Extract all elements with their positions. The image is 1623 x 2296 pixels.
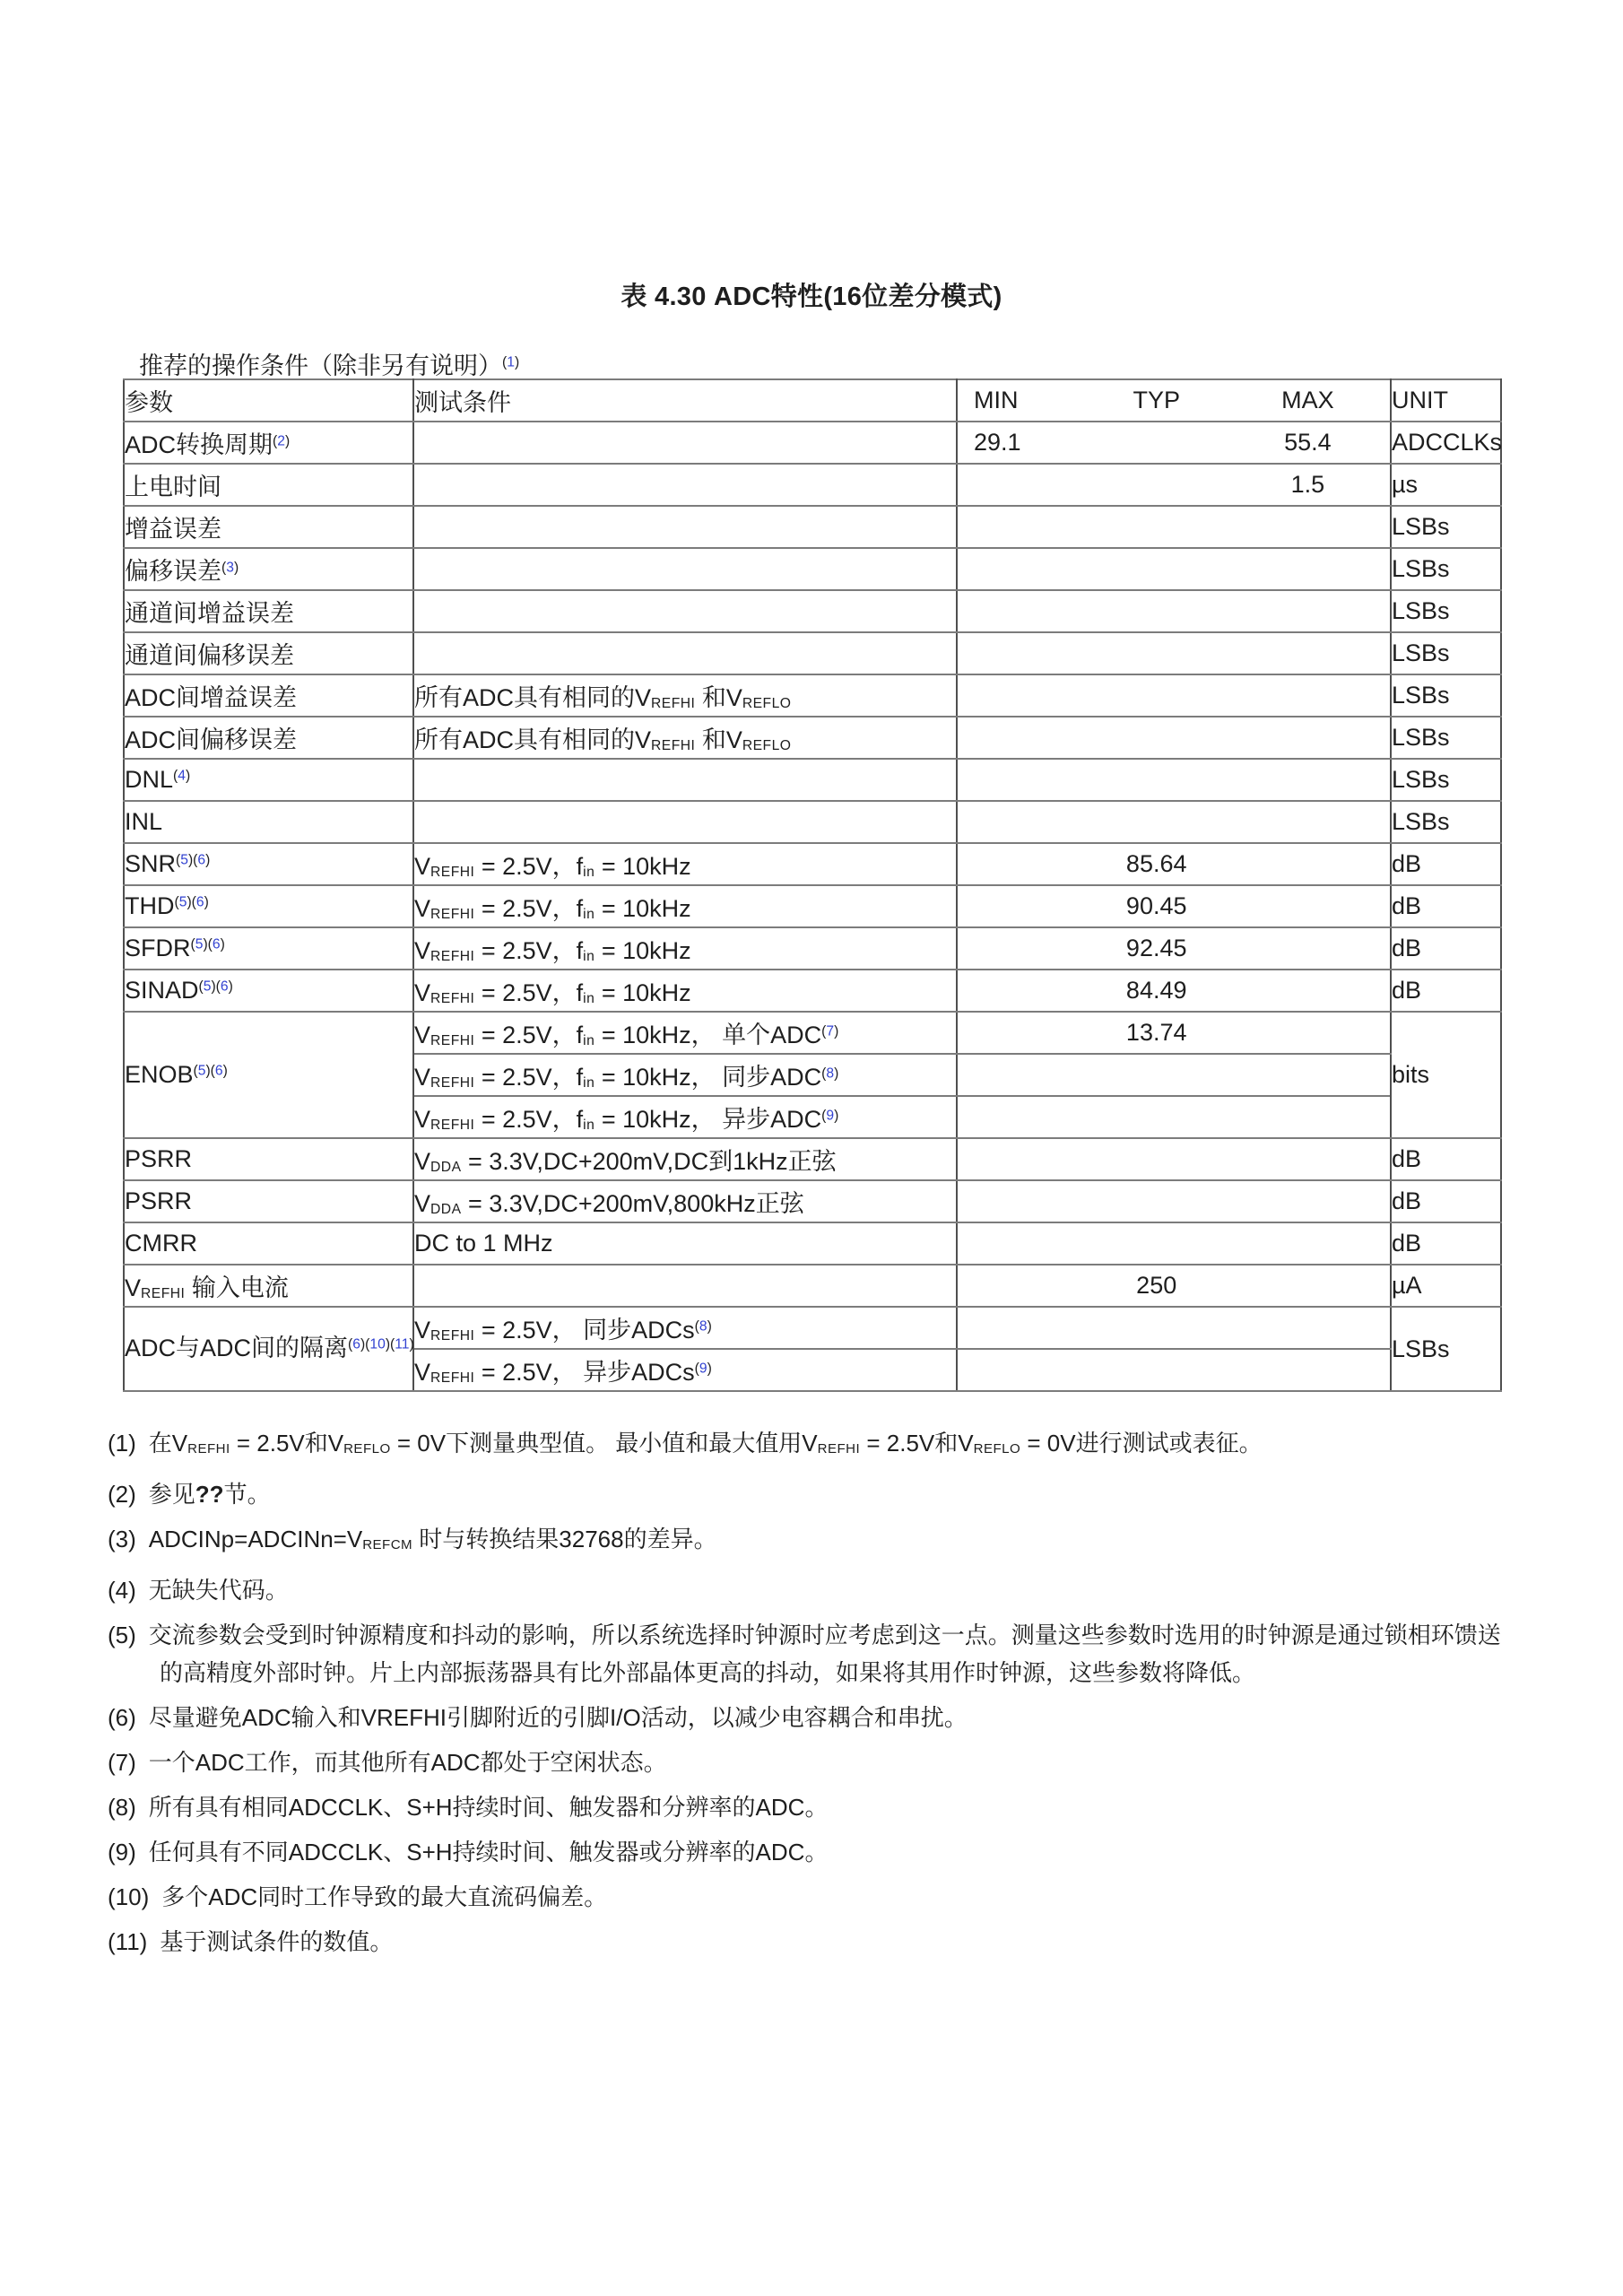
min-value: 29.1 bbox=[958, 429, 1053, 457]
footnote-text: 所有具有相同ADCCLK、S+H持续时间、触发器和分辨率的ADC。 bbox=[149, 1794, 829, 1821]
footnote-marker: (4) bbox=[108, 1577, 136, 1604]
max-value: 1.5 bbox=[1260, 471, 1355, 499]
footnote-item: (3)ADCINp=ADCINn=VREFCM 时与转换结果32768的差异。 bbox=[108, 1520, 1523, 1564]
unit-cell: dB bbox=[1391, 970, 1501, 1012]
condition-cell: VREFHI = 2.5V， 异步ADCs(9) bbox=[413, 1349, 957, 1391]
stat-cell bbox=[957, 1096, 1391, 1138]
footnote-marker: (11) bbox=[108, 1928, 147, 1955]
footnote-item: (6)尽量避免ADC输入和VREFHI引脚附近的引脚I/O活动，以减少电容耦合和… bbox=[108, 1699, 1523, 1736]
condition-cell bbox=[413, 590, 957, 632]
param-cell: CMRR bbox=[124, 1222, 413, 1265]
footnote-text: 无缺失代码。 bbox=[149, 1577, 289, 1604]
footnote-item: (7)一个ADC工作，而其他所有ADC都处于空闲状态。 bbox=[108, 1744, 1523, 1781]
condition-cell bbox=[413, 464, 957, 506]
table-row: INL LSBs bbox=[124, 801, 1501, 843]
table-row: PSRR VDDA = 3.3V,DC+200mV,DC到1kHz正弦 dB bbox=[124, 1138, 1501, 1180]
condition-cell: 所有ADC具有相同的VREFHI 和VREFLO bbox=[413, 717, 957, 759]
param-cell: DNL(4) bbox=[124, 759, 413, 801]
condition-cell: 所有ADC具有相同的VREFHI 和VREFLO bbox=[413, 674, 957, 717]
footnote-marker: (10) bbox=[108, 1883, 149, 1910]
footnote-text: 在VREFHI = 2.5V和VREFLO = 0V下测量典型值。 最小值和最大… bbox=[149, 1430, 1263, 1457]
footnote-item: (5)交流参数会受到时钟源精度和抖动的影响，所以系统选择时钟源时应考虑到这一点。… bbox=[108, 1616, 1523, 1692]
header-stats: MIN TYP MAX bbox=[957, 379, 1391, 422]
stat-cell: 250 bbox=[957, 1265, 1391, 1307]
footnote-marker: (9) bbox=[108, 1839, 136, 1865]
unit-cell: µA bbox=[1391, 1265, 1501, 1307]
stat-cell bbox=[957, 717, 1391, 759]
condition-cell: VREFHI = 2.5V， 同步ADCs(8) bbox=[413, 1307, 957, 1349]
stat-cell bbox=[957, 632, 1391, 674]
table-row: SFDR(5)(6) VREFHI = 2.5V，fin = 10kHz 92.… bbox=[124, 927, 1501, 970]
condition-cell: VDDA = 3.3V,DC+200mV,DC到1kHz正弦 bbox=[413, 1138, 957, 1180]
condition-cell bbox=[413, 422, 957, 464]
footnote-item: (10)多个ADC同时工作导致的最大直流码偏差。 bbox=[108, 1878, 1523, 1916]
footnote-marker: (5) bbox=[108, 1622, 136, 1648]
stat-cell bbox=[957, 590, 1391, 632]
condition-cell: VREFHI = 2.5V，fin = 10kHz bbox=[413, 927, 957, 970]
stat-cell: 13.74 bbox=[957, 1012, 1391, 1054]
param-cell: ADC转换周期(2) bbox=[124, 422, 413, 464]
param-cell: SNR(5)(6) bbox=[124, 843, 413, 885]
param-cell: SFDR(5)(6) bbox=[124, 927, 413, 970]
table-row: 通道间偏移误差 LSBs bbox=[124, 632, 1501, 674]
condition-cell: VREFHI = 2.5V，fin = 10kHz bbox=[413, 970, 957, 1012]
footnote-item: (4)无缺失代码。 bbox=[108, 1571, 1523, 1609]
typ-value: 250 bbox=[1053, 1272, 1260, 1300]
unit-cell: LSBs bbox=[1391, 674, 1501, 717]
stat-cell bbox=[957, 759, 1391, 801]
table-row: 增益误差 LSBs bbox=[124, 506, 1501, 548]
unit-cell: LSBs bbox=[1391, 548, 1501, 590]
footnote-marker: (8) bbox=[108, 1794, 136, 1821]
table-row: ADC与ADC间的隔离(6)(10)(11) VREFHI = 2.5V， 同步… bbox=[124, 1307, 1501, 1349]
unit-cell: LSBs bbox=[1391, 801, 1501, 843]
condition-cell: DC to 1 MHz bbox=[413, 1222, 957, 1265]
condition-cell bbox=[413, 632, 957, 674]
unit-cell: LSBs bbox=[1391, 590, 1501, 632]
param-cell: 通道间偏移误差 bbox=[124, 632, 413, 674]
unit-cell: µs bbox=[1391, 464, 1501, 506]
condition-cell: VREFHI = 2.5V，fin = 10kHz， 单个ADC(7) bbox=[413, 1012, 957, 1054]
header-min: MIN bbox=[958, 387, 1053, 414]
condition-cell: VREFHI = 2.5V，fin = 10kHz， 异步ADC(9) bbox=[413, 1096, 957, 1138]
table-row: ENOB(5)(6) VREFHI = 2.5V，fin = 10kHz， 单个… bbox=[124, 1012, 1501, 1054]
header-typ: TYP bbox=[1053, 387, 1260, 414]
condition-cell: VDDA = 3.3V,DC+200mV,800kHz正弦 bbox=[413, 1180, 957, 1222]
header-max: MAX bbox=[1260, 387, 1355, 414]
stat-cell: 92.45 bbox=[957, 927, 1391, 970]
param-cell: ENOB(5)(6) bbox=[124, 1012, 413, 1138]
unit-cell: dB bbox=[1391, 843, 1501, 885]
intro-note: 推荐的操作条件（除非另有说明）(1) bbox=[139, 346, 519, 381]
datasheet-page: 表 4.30 ADC特性(16位差分模式) 推荐的操作条件（除非另有说明）(1)… bbox=[0, 0, 1623, 2296]
stat-cell bbox=[957, 674, 1391, 717]
stat-cell bbox=[957, 548, 1391, 590]
unit-cell: dB bbox=[1391, 1180, 1501, 1222]
table-row: 通道间增益误差 LSBs bbox=[124, 590, 1501, 632]
footnote-text: 基于测试条件的数值。 bbox=[160, 1928, 393, 1955]
table-row: ADC间增益误差 所有ADC具有相同的VREFHI 和VREFLO LSBs bbox=[124, 674, 1501, 717]
footnote-list: (1)在VREFHI = 2.5V和VREFLO = 0V下测量典型值。 最小值… bbox=[108, 1424, 1523, 1968]
stat-cell bbox=[957, 1349, 1391, 1391]
stat-cell: 29.1 55.4 bbox=[957, 422, 1391, 464]
typ-value: 90.45 bbox=[1053, 892, 1260, 920]
footnote-marker: (2) bbox=[108, 1481, 136, 1508]
footnote-item: (9)任何具有不同ADCCLK、S+H持续时间、触发器或分辨率的ADC。 bbox=[108, 1833, 1523, 1871]
unit-cell: LSBs bbox=[1391, 759, 1501, 801]
footnote-marker: (7) bbox=[108, 1749, 136, 1776]
footnote-item: (11)基于测试条件的数值。 bbox=[108, 1923, 1523, 1961]
unit-cell: ADCCLKs bbox=[1391, 422, 1501, 464]
max-value: 55.4 bbox=[1260, 429, 1355, 457]
stat-cell bbox=[957, 1180, 1391, 1222]
param-cell: SINAD(5)(6) bbox=[124, 970, 413, 1012]
header-unit: UNIT bbox=[1391, 379, 1501, 422]
typ-value: 13.74 bbox=[1053, 1019, 1260, 1047]
table-row: 上电时间 1.5 µs bbox=[124, 464, 1501, 506]
unit-cell: LSBs bbox=[1391, 506, 1501, 548]
condition-cell: VREFHI = 2.5V，fin = 10kHz bbox=[413, 885, 957, 927]
table-row: SINAD(5)(6) VREFHI = 2.5V，fin = 10kHz 84… bbox=[124, 970, 1501, 1012]
stat-cell: 84.49 bbox=[957, 970, 1391, 1012]
param-cell: ADC间偏移误差 bbox=[124, 717, 413, 759]
condition-cell bbox=[413, 548, 957, 590]
unit-cell: dB bbox=[1391, 927, 1501, 970]
stat-cell bbox=[957, 1222, 1391, 1265]
footnote-marker: (3) bbox=[108, 1526, 136, 1552]
param-cell: PSRR bbox=[124, 1180, 413, 1222]
condition-cell bbox=[413, 506, 957, 548]
footnote-text: 任何具有不同ADCCLK、S+H持续时间、触发器或分辨率的ADC。 bbox=[149, 1839, 829, 1865]
stat-cell bbox=[957, 1307, 1391, 1349]
condition-cell bbox=[413, 759, 957, 801]
param-cell: 上电时间 bbox=[124, 464, 413, 506]
stat-cell bbox=[957, 1138, 1391, 1180]
header-param: 参数 bbox=[124, 379, 413, 422]
typ-value: 85.64 bbox=[1053, 850, 1260, 878]
unit-cell: bits bbox=[1391, 1012, 1501, 1138]
condition-cell: VREFHI = 2.5V，fin = 10kHz， 同步ADC(8) bbox=[413, 1054, 957, 1096]
unit-cell: LSBs bbox=[1391, 1307, 1501, 1391]
table-row: ADC转换周期(2) 29.1 55.4 ADCCLKs bbox=[124, 422, 1501, 464]
footnote-text: ADCINp=ADCINn=VREFCM 时与转换结果32768的差异。 bbox=[149, 1526, 717, 1552]
stat-cell bbox=[957, 506, 1391, 548]
unit-cell: dB bbox=[1391, 885, 1501, 927]
table-row: VREFHI 输入电流 250 µA bbox=[124, 1265, 1501, 1307]
param-cell: ADC间增益误差 bbox=[124, 674, 413, 717]
table-row: ADC间偏移误差 所有ADC具有相同的VREFHI 和VREFLO LSBs bbox=[124, 717, 1501, 759]
typ-value: 92.45 bbox=[1053, 935, 1260, 962]
condition-cell bbox=[413, 801, 957, 843]
param-cell: 通道间增益误差 bbox=[124, 590, 413, 632]
footnote-text: 尽量避免ADC输入和VREFHI引脚附近的引脚I/O活动，以减少电容耦合和串扰。 bbox=[149, 1704, 968, 1731]
table-row: CMRR DC to 1 MHz dB bbox=[124, 1222, 1501, 1265]
param-cell: 增益误差 bbox=[124, 506, 413, 548]
stat-cell bbox=[957, 1054, 1391, 1096]
footnote-item: (8)所有具有相同ADCCLK、S+H持续时间、触发器和分辨率的ADC。 bbox=[108, 1788, 1523, 1826]
condition-cell bbox=[413, 1265, 957, 1307]
footnote-marker: (1) bbox=[108, 1430, 136, 1457]
header-condition: 测试条件 bbox=[413, 379, 957, 422]
footnote-item: (1)在VREFHI = 2.5V和VREFLO = 0V下测量典型值。 最小值… bbox=[108, 1424, 1523, 1468]
param-cell: THD(5)(6) bbox=[124, 885, 413, 927]
footnote-item: (2)参见??节。 bbox=[108, 1475, 1523, 1513]
stat-cell: 1.5 bbox=[957, 464, 1391, 506]
param-cell: 偏移误差(3) bbox=[124, 548, 413, 590]
table-row: PSRR VDDA = 3.3V,DC+200mV,800kHz正弦 dB bbox=[124, 1180, 1501, 1222]
footnote-text: 交流参数会受到时钟源精度和抖动的影响，所以系统选择时钟源时应考虑到这一点。测量这… bbox=[149, 1622, 1501, 1686]
table-row: DNL(4) LSBs bbox=[124, 759, 1501, 801]
table-header-row: 参数 测试条件 MIN TYP MAX UNIT bbox=[124, 379, 1501, 422]
adc-characteristics-table: 参数 测试条件 MIN TYP MAX UNIT ADC转换周期(2) 29.1 bbox=[123, 378, 1502, 1392]
stat-cell: 85.64 bbox=[957, 843, 1391, 885]
stat-cell: 90.45 bbox=[957, 885, 1391, 927]
typ-value: 84.49 bbox=[1053, 977, 1260, 1004]
table-row: THD(5)(6) VREFHI = 2.5V，fin = 10kHz 90.4… bbox=[124, 885, 1501, 927]
unit-cell: dB bbox=[1391, 1222, 1501, 1265]
param-cell: ADC与ADC间的隔离(6)(10)(11) bbox=[124, 1307, 413, 1391]
param-cell: PSRR bbox=[124, 1138, 413, 1180]
unit-cell: LSBs bbox=[1391, 632, 1501, 674]
footnote-text: 多个ADC同时工作导致的最大直流码偏差。 bbox=[161, 1883, 607, 1910]
footnote-text: 参见??节。 bbox=[149, 1481, 271, 1508]
footnote-text: 一个ADC工作，而其他所有ADC都处于空闲状态。 bbox=[149, 1749, 667, 1776]
table-row: 偏移误差(3) LSBs bbox=[124, 548, 1501, 590]
condition-cell: VREFHI = 2.5V，fin = 10kHz bbox=[413, 843, 957, 885]
page-title: 表 4.30 ADC特性(16位差分模式) bbox=[0, 276, 1623, 313]
stat-cell bbox=[957, 801, 1391, 843]
footnote-marker: (6) bbox=[108, 1704, 136, 1731]
table-row: SNR(5)(6) VREFHI = 2.5V，fin = 10kHz 85.6… bbox=[124, 843, 1501, 885]
unit-cell: LSBs bbox=[1391, 717, 1501, 759]
param-cell: INL bbox=[124, 801, 413, 843]
param-cell: VREFHI 输入电流 bbox=[124, 1265, 413, 1307]
unit-cell: dB bbox=[1391, 1138, 1501, 1180]
